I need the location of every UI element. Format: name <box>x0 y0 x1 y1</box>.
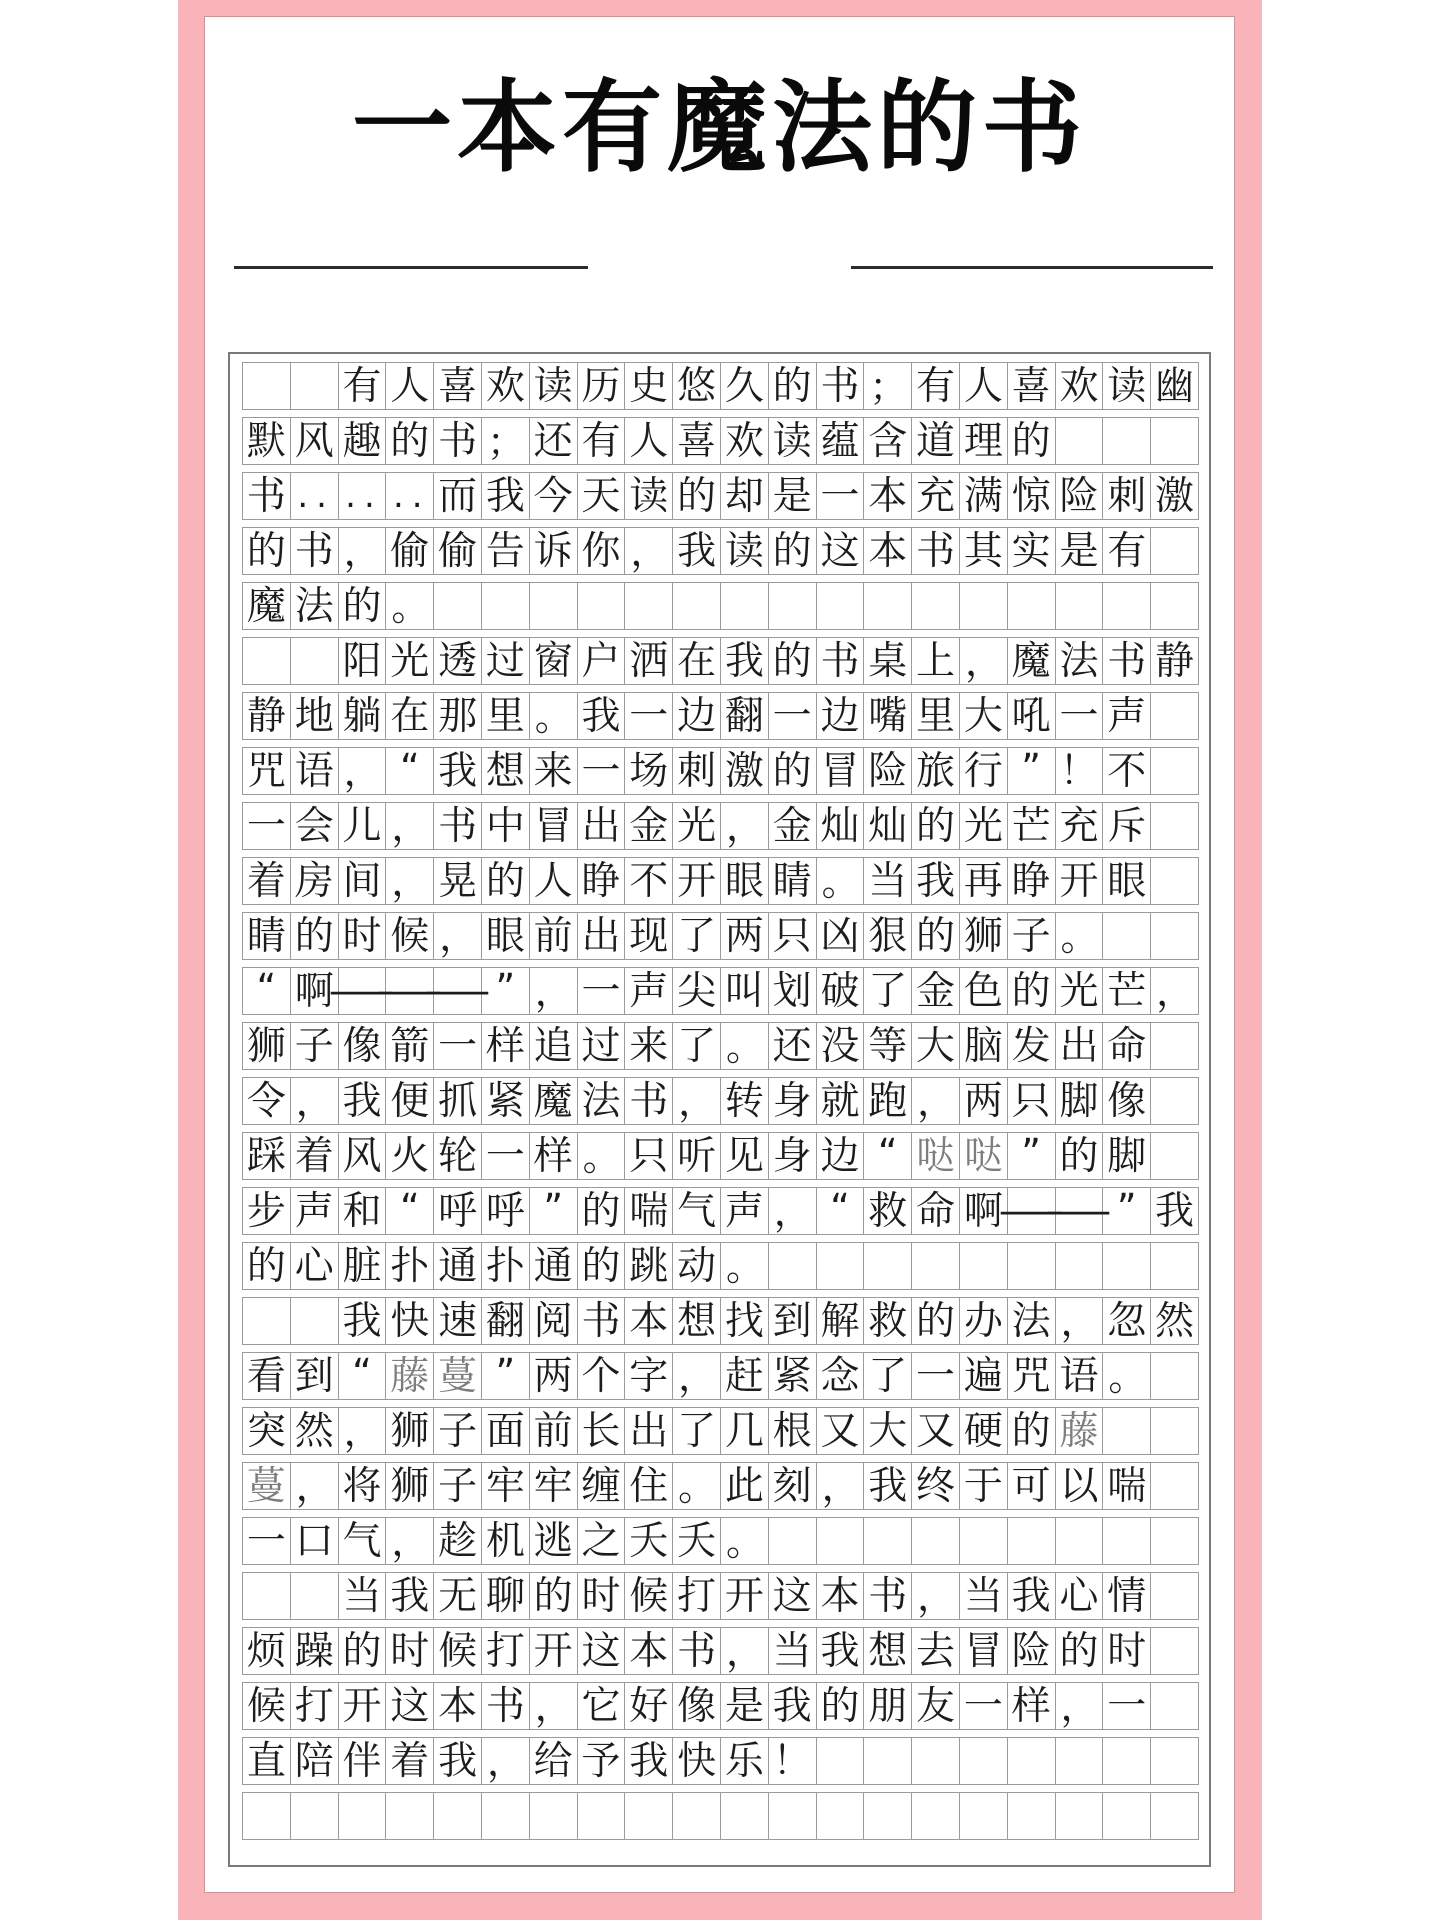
grid-cell: 读 <box>529 362 578 410</box>
grid-cell: 了 <box>672 912 721 960</box>
grid-cell <box>1102 1407 1151 1455</box>
essay-sheet-image: 一本有魔法的书 有人喜欢读历史悠久的书；有人喜欢读幽默风趣的书；还有人喜欢读蕴含… <box>0 0 1440 1920</box>
grid-cell: 了 <box>672 1407 721 1455</box>
grid-cell <box>1055 1737 1104 1785</box>
grid-cell: 阳 <box>338 637 387 685</box>
grid-cell: 尖 <box>672 967 721 1015</box>
grid-cell: 激 <box>720 747 769 795</box>
grid-cell: 今 <box>529 472 578 520</box>
grid-cell: 不 <box>1102 747 1151 795</box>
grid-cell <box>672 1792 721 1840</box>
grid-cell: ， <box>768 1187 817 1235</box>
grid-cell: 人 <box>529 857 578 905</box>
grid-cell: “ <box>863 1132 912 1180</box>
grid-cell: 本 <box>863 472 912 520</box>
grid-cell: 叫 <box>720 967 769 1015</box>
grid-cell: ， <box>959 637 1008 685</box>
grid-cell: 惊 <box>1007 472 1056 520</box>
grid-cell: 我 <box>385 1572 434 1620</box>
grid-cell: “ <box>242 967 291 1015</box>
grid-cell: 到 <box>290 1352 339 1400</box>
grid-cell: 当 <box>959 1572 1008 1620</box>
grid-cell <box>1150 1517 1199 1565</box>
grid-cell: 在 <box>672 637 721 685</box>
grid-cell: “ <box>338 1352 387 1400</box>
grid-cell <box>242 1792 291 1840</box>
grid-cell <box>338 1792 387 1840</box>
grid-cell <box>816 582 865 630</box>
grid-cell: 其 <box>959 527 1008 575</box>
grid-cell: 扑 <box>481 1242 530 1290</box>
grid-cell <box>1150 692 1199 740</box>
grid-cell: 风 <box>338 1132 387 1180</box>
grid-row: 候打开这本书，它好像是我的朋友一样，一 <box>242 1682 1199 1730</box>
grid-cell <box>863 582 912 630</box>
grid-cell: 出 <box>624 1407 673 1455</box>
grid-cell: 直 <box>242 1737 291 1785</box>
grid-cell <box>290 1792 339 1840</box>
grid-row: 踩着风火轮一样。只听见身边“哒哒”的脚 <box>242 1132 1199 1180</box>
grid-cell <box>1150 417 1199 465</box>
grid-cell <box>1007 1737 1056 1785</box>
grid-cell: 。 <box>529 692 578 740</box>
grid-cell: 子 <box>433 1407 482 1455</box>
grid-cell: ， <box>290 1462 339 1510</box>
grid-cell <box>1007 1242 1056 1290</box>
grid-cell: 候 <box>433 1627 482 1675</box>
grid-cell: 一 <box>433 1022 482 1070</box>
grid-cell: 喘 <box>624 1187 673 1235</box>
grid-cell <box>1150 857 1199 905</box>
grid-cell <box>1150 1352 1199 1400</box>
grid-cell: 的 <box>290 912 339 960</box>
grid-cell: 候 <box>385 912 434 960</box>
grid-row: 突然，狮子面前长出了几根又大又硬的藤 <box>242 1407 1199 1455</box>
grid-cell: 狮 <box>385 1462 434 1510</box>
grid-cell: 的 <box>242 527 291 575</box>
grid-cell <box>959 1737 1008 1785</box>
grid-cell: 告 <box>481 527 530 575</box>
grid-cell: 等 <box>863 1022 912 1070</box>
grid-cell: 心 <box>1055 1572 1104 1620</box>
grid-cell: 晃 <box>433 857 482 905</box>
grid-cell: 根 <box>768 1407 817 1455</box>
grid-cell: 有 <box>911 362 960 410</box>
grid-cell: 藤 <box>1055 1407 1104 1455</box>
grid-cell: 以 <box>1055 1462 1104 1510</box>
grid-cell: 过 <box>577 1022 626 1070</box>
grid-row: 着房间，晃的人睁不开眼睛。当我再睁开眼 <box>242 857 1199 905</box>
grid-cell: 当 <box>338 1572 387 1620</box>
grid-cell: 开 <box>529 1627 578 1675</box>
grid-cell: 然 <box>1150 1297 1199 1345</box>
grid-row: 令，我便抓紧魔法书，转身就跑，两只脚像 <box>242 1077 1199 1125</box>
paper-page: 一本有魔法的书 有人喜欢读历史悠久的书；有人喜欢读幽默风趣的书；还有人喜欢读蕴含… <box>205 17 1234 1892</box>
grid-cell <box>768 1517 817 1565</box>
grid-cell: 户 <box>577 637 626 685</box>
grid-cell: 我 <box>338 1077 387 1125</box>
grid-cell: 的 <box>1007 967 1056 1015</box>
grid-cell: 好 <box>624 1682 673 1730</box>
grid-cell <box>768 1792 817 1840</box>
grid-cell: 字 <box>624 1352 673 1400</box>
grid-cell: 这 <box>577 1627 626 1675</box>
grid-cell: 开 <box>720 1572 769 1620</box>
grid-cell: 大 <box>863 1407 912 1455</box>
grid-cell <box>385 1792 434 1840</box>
grid-cell <box>1102 912 1151 960</box>
grid-cell: 我 <box>911 857 960 905</box>
grid-cell: 大 <box>959 692 1008 740</box>
grid-cell: 还 <box>768 1022 817 1070</box>
title-rule-right <box>851 266 1213 269</box>
grid-cell: 咒 <box>242 747 291 795</box>
grid-cell: 的 <box>577 1242 626 1290</box>
grid-cell: 的 <box>1007 1407 1056 1455</box>
grid-row: 的心脏扑通扑通的跳动。 <box>242 1242 1199 1290</box>
grid-cell <box>816 1242 865 1290</box>
grid-cell: 不 <box>624 857 673 905</box>
grid-cell <box>959 1517 1008 1565</box>
grid-cell: 之 <box>577 1517 626 1565</box>
grid-cell: 语 <box>1055 1352 1104 1400</box>
grid-cell: 。 <box>672 1462 721 1510</box>
grid-cell: 脚 <box>1102 1132 1151 1180</box>
grid-cell <box>1102 1792 1151 1840</box>
grid-cell: 久 <box>720 362 769 410</box>
grid-cell: 读 <box>720 527 769 575</box>
grid-cell: 救 <box>863 1187 912 1235</box>
grid-cell: 有 <box>1102 527 1151 575</box>
grid-cell: 里 <box>481 692 530 740</box>
grid-cell <box>1150 527 1199 575</box>
grid-cell: 来 <box>624 1022 673 1070</box>
grid-cell: 一 <box>481 1132 530 1180</box>
grid-cell: ， <box>1150 967 1199 1015</box>
grid-row: 阳光透过窗户洒在我的书桌上，魔法书静 <box>242 637 1199 685</box>
grid-cell: 夭 <box>624 1517 673 1565</box>
grid-cell: ， <box>385 857 434 905</box>
grid-cell: 书 <box>481 1682 530 1730</box>
title-rule-left <box>234 266 588 269</box>
grid-cell <box>1150 1407 1199 1455</box>
grid-cell: 候 <box>624 1572 673 1620</box>
grid-cell: 桌 <box>863 637 912 685</box>
grid-cell: 场 <box>624 747 673 795</box>
grid-cell: 就 <box>816 1077 865 1125</box>
grid-cell: 本 <box>624 1627 673 1675</box>
grid-cell: ， <box>529 967 578 1015</box>
grid-cell: 的 <box>242 1242 291 1290</box>
grid-cell <box>1150 1572 1199 1620</box>
grid-cell: 一 <box>577 967 626 1015</box>
grid-cell <box>720 582 769 630</box>
grid-cell: ， <box>338 1407 387 1455</box>
grid-cell: 速 <box>433 1297 482 1345</box>
grid-cell: 边 <box>816 1132 865 1180</box>
grid-cell <box>433 1792 482 1840</box>
grid-cell: 眼 <box>1102 857 1151 905</box>
grid-cell: 了 <box>863 967 912 1015</box>
grid-cell: 火 <box>385 1132 434 1180</box>
grid-cell <box>1150 1627 1199 1675</box>
grid-cell: 和 <box>338 1187 387 1235</box>
grid-row: 静地躺在那里。我一边翻一边嘴里大吼一声 <box>242 692 1199 740</box>
grid-cell: 窗 <box>529 637 578 685</box>
grid-cell: 险 <box>1055 472 1104 520</box>
grid-cell: 书 <box>1102 637 1151 685</box>
grid-cell <box>863 1792 912 1840</box>
grid-cell: 光 <box>959 802 1008 850</box>
grid-cell: 一 <box>768 692 817 740</box>
grid-cell: 一 <box>911 1352 960 1400</box>
grid-cell: 透 <box>433 637 482 685</box>
grid-cell <box>1150 747 1199 795</box>
grid-cell: 险 <box>1007 1627 1056 1675</box>
grid-cell <box>242 1572 291 1620</box>
grid-cell: 一 <box>577 747 626 795</box>
grid-cell: 令 <box>242 1077 291 1125</box>
grid-cell: 默 <box>242 417 291 465</box>
grid-cell: 见 <box>720 1132 769 1180</box>
grid-cell: 人 <box>624 417 673 465</box>
grid-cell: ， <box>433 912 482 960</box>
grid-cell <box>816 1737 865 1785</box>
grid-cell: 开 <box>672 857 721 905</box>
grid-cell: 找 <box>720 1297 769 1345</box>
grid-cell: 来 <box>529 747 578 795</box>
grid-cell: 脚 <box>1055 1077 1104 1125</box>
grid-cell <box>1055 582 1104 630</box>
grid-cell: 欢 <box>1055 362 1104 410</box>
grid-cell <box>1102 417 1151 465</box>
grid-cell: 我 <box>481 472 530 520</box>
grid-cell: 偷 <box>433 527 482 575</box>
grid-cell: 身 <box>768 1132 817 1180</box>
grid-cell: 静 <box>242 692 291 740</box>
grid-cell: 无 <box>433 1572 482 1620</box>
grid-cell: 声 <box>720 1187 769 1235</box>
grid-cell: 紧 <box>768 1352 817 1400</box>
grid-cell: 书 <box>433 802 482 850</box>
grid-cell: 幽 <box>1150 362 1199 410</box>
grid-cell <box>1150 1737 1199 1785</box>
grid-cell: 史 <box>624 362 673 410</box>
grid-cell: 本 <box>863 527 912 575</box>
grid-cell: 转 <box>720 1077 769 1125</box>
grid-cell: 于 <box>959 1462 1008 1510</box>
grid-cell: 魔 <box>529 1077 578 1125</box>
grid-cell: 乐 <box>720 1737 769 1785</box>
grid-cell: 你 <box>577 527 626 575</box>
grid-cell <box>1150 582 1199 630</box>
grid-cell: 我 <box>672 527 721 575</box>
grid-cell: 偷 <box>385 527 434 575</box>
grid-cell: 样 <box>529 1132 578 1180</box>
grid-cell: 喜 <box>433 362 482 410</box>
grid-cell: ， <box>385 802 434 850</box>
grid-cell: ， <box>385 1517 434 1565</box>
grid-cell: ， <box>911 1572 960 1620</box>
grid-cell: 没 <box>816 1022 865 1070</box>
grid-cell <box>242 362 291 410</box>
grid-cell <box>768 1242 817 1290</box>
grid-cell: 是 <box>768 472 817 520</box>
grid-cell: — <box>1055 1187 1104 1235</box>
grid-cell: 本 <box>624 1297 673 1345</box>
grid-cell: 一 <box>242 1517 291 1565</box>
grid-cell: 含 <box>863 417 912 465</box>
grid-cell: ” <box>1007 1132 1056 1180</box>
grid-cell: 朋 <box>863 1682 912 1730</box>
grid-cell: 的 <box>911 912 960 960</box>
grid-cell: 魔 <box>242 582 291 630</box>
grid-cell: 终 <box>911 1462 960 1510</box>
grid-cell: 欢 <box>720 417 769 465</box>
grid-cell: 书 <box>624 1077 673 1125</box>
grid-cell: 会 <box>290 802 339 850</box>
grid-cell: 通 <box>433 1242 482 1290</box>
grid-cell: 听 <box>672 1132 721 1180</box>
grid-cell <box>433 582 482 630</box>
grid-cell: 想 <box>481 747 530 795</box>
grid-cell: ” <box>1007 747 1056 795</box>
grid-cell: ， <box>1055 1297 1104 1345</box>
grid-cell: 充 <box>911 472 960 520</box>
grid-cell: .. <box>290 472 339 520</box>
grid-cell: 前 <box>529 1407 578 1455</box>
grid-cell: 却 <box>720 472 769 520</box>
grid-cell: 想 <box>672 1297 721 1345</box>
grid-cell: 在 <box>385 692 434 740</box>
grid-cell: 喘 <box>1102 1462 1151 1510</box>
grid-cell: 出 <box>1055 1022 1104 1070</box>
grid-cell: 抓 <box>433 1077 482 1125</box>
grid-cell: 诉 <box>529 527 578 575</box>
grid-cell: 我 <box>1007 1572 1056 1620</box>
grid-cell: 。 <box>720 1242 769 1290</box>
grid-cell: 轮 <box>433 1132 482 1180</box>
grid-cell: 当 <box>768 1627 817 1675</box>
grid-row: 狮子像箭一样追过来了。还没等大脑发出命 <box>242 1022 1199 1070</box>
grid-cell: 过 <box>481 637 530 685</box>
grid-cell: 想 <box>863 1627 912 1675</box>
grid-cell: 理 <box>959 417 1008 465</box>
grid-cell: 救 <box>863 1297 912 1345</box>
grid-cell: 这 <box>816 527 865 575</box>
grid-cell <box>1007 582 1056 630</box>
grid-row: 魔法的。 <box>242 582 1199 630</box>
grid-cell: 一 <box>959 1682 1008 1730</box>
grid-cell: ， <box>672 1077 721 1125</box>
grid-cell: 人 <box>385 362 434 410</box>
grid-cell: 哒 <box>911 1132 960 1180</box>
grid-rows: 有人喜欢读历史悠久的书；有人喜欢读幽默风趣的书；还有人喜欢读蕴含道理的书....… <box>242 362 1198 1840</box>
grid-cell: 法 <box>290 582 339 630</box>
grid-cell: ， <box>720 1627 769 1675</box>
grid-cell: ” <box>481 1352 530 1400</box>
grid-cell: 躺 <box>338 692 387 740</box>
grid-cell: ， <box>481 1737 530 1785</box>
grid-cell: 脏 <box>338 1242 387 1290</box>
grid-cell: 着 <box>242 857 291 905</box>
grid-row: 的书，偷偷告诉你，我读的这本书其实是有 <box>242 527 1199 575</box>
grid-cell: 一 <box>1055 692 1104 740</box>
grid-cell: 又 <box>816 1407 865 1455</box>
grid-cell <box>290 1572 339 1620</box>
grid-cell: 扑 <box>385 1242 434 1290</box>
grid-cell <box>1102 1737 1151 1785</box>
grid-cell <box>959 1792 1008 1840</box>
grid-cell: 牢 <box>481 1462 530 1510</box>
grid-cell: 像 <box>1102 1077 1151 1125</box>
grid-cell: 咒 <box>1007 1352 1056 1400</box>
grid-cell <box>1150 912 1199 960</box>
grid-cell: 的 <box>481 857 530 905</box>
grid-cell: 我 <box>768 1682 817 1730</box>
pink-frame: 一本有魔法的书 有人喜欢读历史悠久的书；有人喜欢读幽默风趣的书；还有人喜欢读蕴含… <box>178 0 1262 1920</box>
grid-cell: 书 <box>816 637 865 685</box>
grid-cell: 悠 <box>672 362 721 410</box>
grid-cell <box>1055 417 1104 465</box>
grid-cell: 我 <box>433 747 482 795</box>
grid-cell: 蔓 <box>433 1352 482 1400</box>
grid-cell: 书 <box>816 362 865 410</box>
grid-cell: 有 <box>338 362 387 410</box>
grid-cell: 了 <box>672 1022 721 1070</box>
grid-cell <box>863 1517 912 1565</box>
grid-cell: 机 <box>481 1517 530 1565</box>
grid-cell: 的 <box>338 1627 387 1675</box>
grid-cell: 。 <box>720 1022 769 1070</box>
grid-cell: 一 <box>242 802 291 850</box>
grid-cell <box>1150 1077 1199 1125</box>
grid-cell: 缠 <box>577 1462 626 1510</box>
grid-cell: 狮 <box>242 1022 291 1070</box>
grid-cell: 芒 <box>1102 967 1151 1015</box>
grid-cell: 此 <box>720 1462 769 1510</box>
grid-cell: 我 <box>577 692 626 740</box>
grid-cell: 语 <box>290 747 339 795</box>
grid-cell: 两 <box>529 1352 578 1400</box>
grid-cell <box>577 1792 626 1840</box>
grid-cell: 地 <box>290 692 339 740</box>
composition-grid: 有人喜欢读历史悠久的书；有人喜欢读幽默风趣的书；还有人喜欢读蕴含道理的书....… <box>228 352 1211 1867</box>
grid-cell: 冒 <box>816 747 865 795</box>
grid-cell: 可 <box>1007 1462 1056 1510</box>
grid-cell: 然 <box>290 1407 339 1455</box>
grid-cell: 又 <box>911 1407 960 1455</box>
grid-cell: 间 <box>338 857 387 905</box>
grid-cell: 的 <box>338 582 387 630</box>
grid-cell: 样 <box>481 1022 530 1070</box>
grid-cell: ， <box>1055 1682 1104 1730</box>
grid-cell: 将 <box>338 1462 387 1510</box>
grid-cell: 只 <box>768 912 817 960</box>
grid-cell: 欢 <box>481 362 530 410</box>
grid-cell <box>481 582 530 630</box>
grid-cell: 牢 <box>529 1462 578 1510</box>
grid-cell: .. <box>338 472 387 520</box>
grid-cell <box>863 1242 912 1290</box>
grid-cell: 充 <box>1055 802 1104 850</box>
grid-cell <box>1102 1517 1151 1565</box>
grid-cell: 灿 <box>863 802 912 850</box>
grid-cell: 声 <box>624 967 673 1015</box>
grid-cell: 满 <box>959 472 1008 520</box>
grid-cell: 大 <box>911 1022 960 1070</box>
grid-cell: 打 <box>672 1572 721 1620</box>
